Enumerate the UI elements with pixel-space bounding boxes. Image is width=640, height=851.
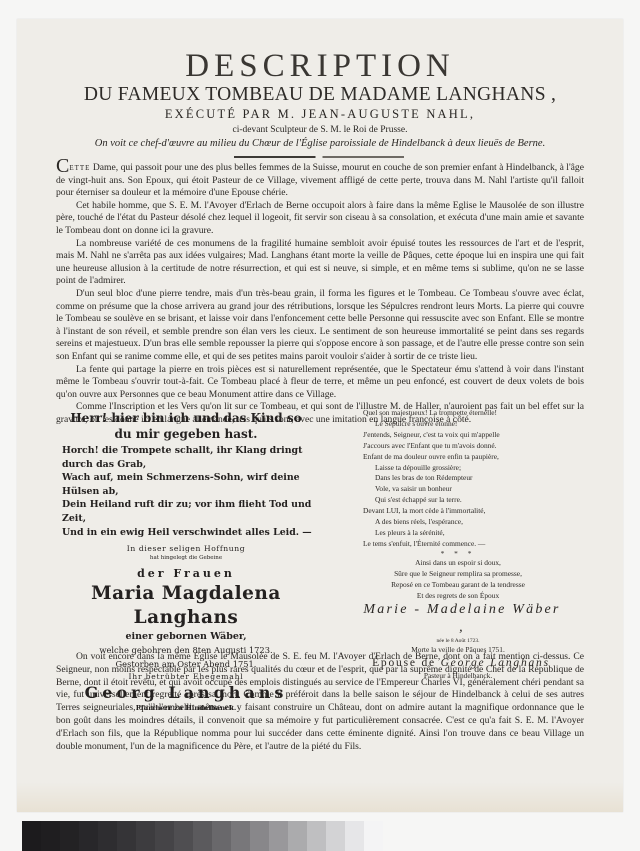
- document-subtitle: DU FAMEUX TOMBEAU DE MADAME LANGHANS ,: [0, 84, 640, 106]
- closing-text: On voit encore dans la même Eglise le Ma…: [56, 651, 584, 753]
- gray-swatch: [41, 821, 60, 851]
- gray-swatch: [250, 821, 269, 851]
- german-verse: Horch! die Trompete schallt, ihr Klang d…: [56, 444, 316, 539]
- gray-swatch: [364, 821, 383, 851]
- french-verse-line: A des biens réels, l'espérance,: [363, 517, 583, 528]
- gray-swatch: [288, 821, 307, 851]
- french-closing-line: Ainsi dans un espoir si doux,: [363, 558, 583, 569]
- intro-paragraph: D'un seul bloc d'une pierre tendre, mais…: [56, 288, 584, 364]
- gray-swatch: [117, 821, 136, 851]
- gray-swatch: [98, 821, 117, 851]
- french-verse-line: J'accours avec l'Enfant que tu m'avois d…: [363, 441, 583, 452]
- separator-stars: * * *: [363, 550, 583, 558]
- der-frauen: der Frauen: [56, 566, 316, 582]
- french-verse-line: J'entends, Seigneur, c'est ta voix qui m…: [363, 430, 583, 441]
- gray-swatch: [155, 821, 174, 851]
- french-verse-line: Le Sépulcre s'ouvre étonné!: [363, 419, 583, 430]
- title-divider: [234, 156, 404, 158]
- french-verse-line: Vole, va saisir un bonheur: [363, 484, 583, 495]
- gray-swatch: [193, 821, 212, 851]
- grayscale-color-target: [22, 821, 383, 851]
- french-birth: née le 8 Août 1723.: [363, 637, 583, 645]
- french-verse-line: Enfant de ma douleur ouvre enfin ta paup…: [363, 452, 583, 463]
- gray-swatch: [326, 821, 345, 851]
- small-caps: ETTE: [69, 164, 90, 172]
- laid-line: hat hingelegt die Gebeine: [56, 554, 316, 563]
- intro-paragraph: La nombreuse variété de ces monumens de …: [56, 238, 584, 288]
- french-imitation: Quel son majestueux! La trompette éterne…: [363, 408, 583, 682]
- intro-paragraph: CETTE Dame, qui passoit pour une des plu…: [56, 161, 584, 200]
- french-closing-line: Reposé en ce Tombeau garant de la tendre…: [363, 580, 583, 591]
- document-title: DESCRIPTION: [0, 48, 640, 84]
- french-deceased-name: Marie - Madelaine Wäber ,: [363, 601, 583, 637]
- intro-text: CETTE Dame, qui passoit pour une des plu…: [56, 161, 584, 426]
- closing-paragraph: On voit encore dans la même Eglise le Ma…: [56, 651, 584, 753]
- french-verse: Quel son majestueux! La trompette éterne…: [363, 408, 583, 550]
- french-verse-line: Laisse ta dépouille grossière;: [363, 463, 583, 474]
- gray-swatch: [269, 821, 288, 851]
- intro-paragraph: Cet habile homme, que S. E. M. l'Avoyer …: [56, 200, 584, 238]
- french-closing-line: Sûre que le Seigneur remplira sa promess…: [363, 569, 583, 580]
- intro-paragraph: La fente qui partage la pierre en trois …: [56, 364, 584, 402]
- french-verse-line: Quel son majestueux! La trompette éterne…: [363, 408, 583, 419]
- french-verse-line: Dans les bras de ton Rédempteur: [363, 473, 583, 484]
- author-line: EXÉCUTÉ PAR M. JEAN-AUGUSTE NAHL,: [0, 107, 640, 122]
- gray-swatch: [22, 821, 41, 851]
- hope-line: In dieser seligen Hoffnung: [56, 543, 316, 554]
- location-line: On voit ce chef-d'œuvre au milieu du Chœ…: [0, 137, 640, 150]
- deceased-name: Maria Magdalena Langhans: [56, 582, 316, 630]
- gray-swatch: [174, 821, 193, 851]
- gray-swatch: [345, 821, 364, 851]
- french-verse-line: Devant LUI, la mort cède à l'immortalité…: [363, 506, 583, 517]
- gray-swatch: [60, 821, 79, 851]
- french-verse-line: Les pleurs à la sérénité,: [363, 528, 583, 539]
- french-verse-line: Qui s'est échappé sur la terre.: [363, 495, 583, 506]
- gray-swatch: [136, 821, 155, 851]
- french-closing-line: Et des regrets de son Époux: [363, 591, 583, 602]
- gray-swatch: [307, 821, 326, 851]
- gray-swatch: [231, 821, 250, 851]
- born-name: einer gebornen Wäber,: [56, 630, 316, 644]
- gray-swatch: [79, 821, 98, 851]
- german-heading: Herr! hier bin ich und das Kind so du mi…: [56, 410, 316, 442]
- former-title: ci-devant Sculpteur de S. M. le Roi de P…: [0, 124, 640, 136]
- gray-swatch: [212, 821, 231, 851]
